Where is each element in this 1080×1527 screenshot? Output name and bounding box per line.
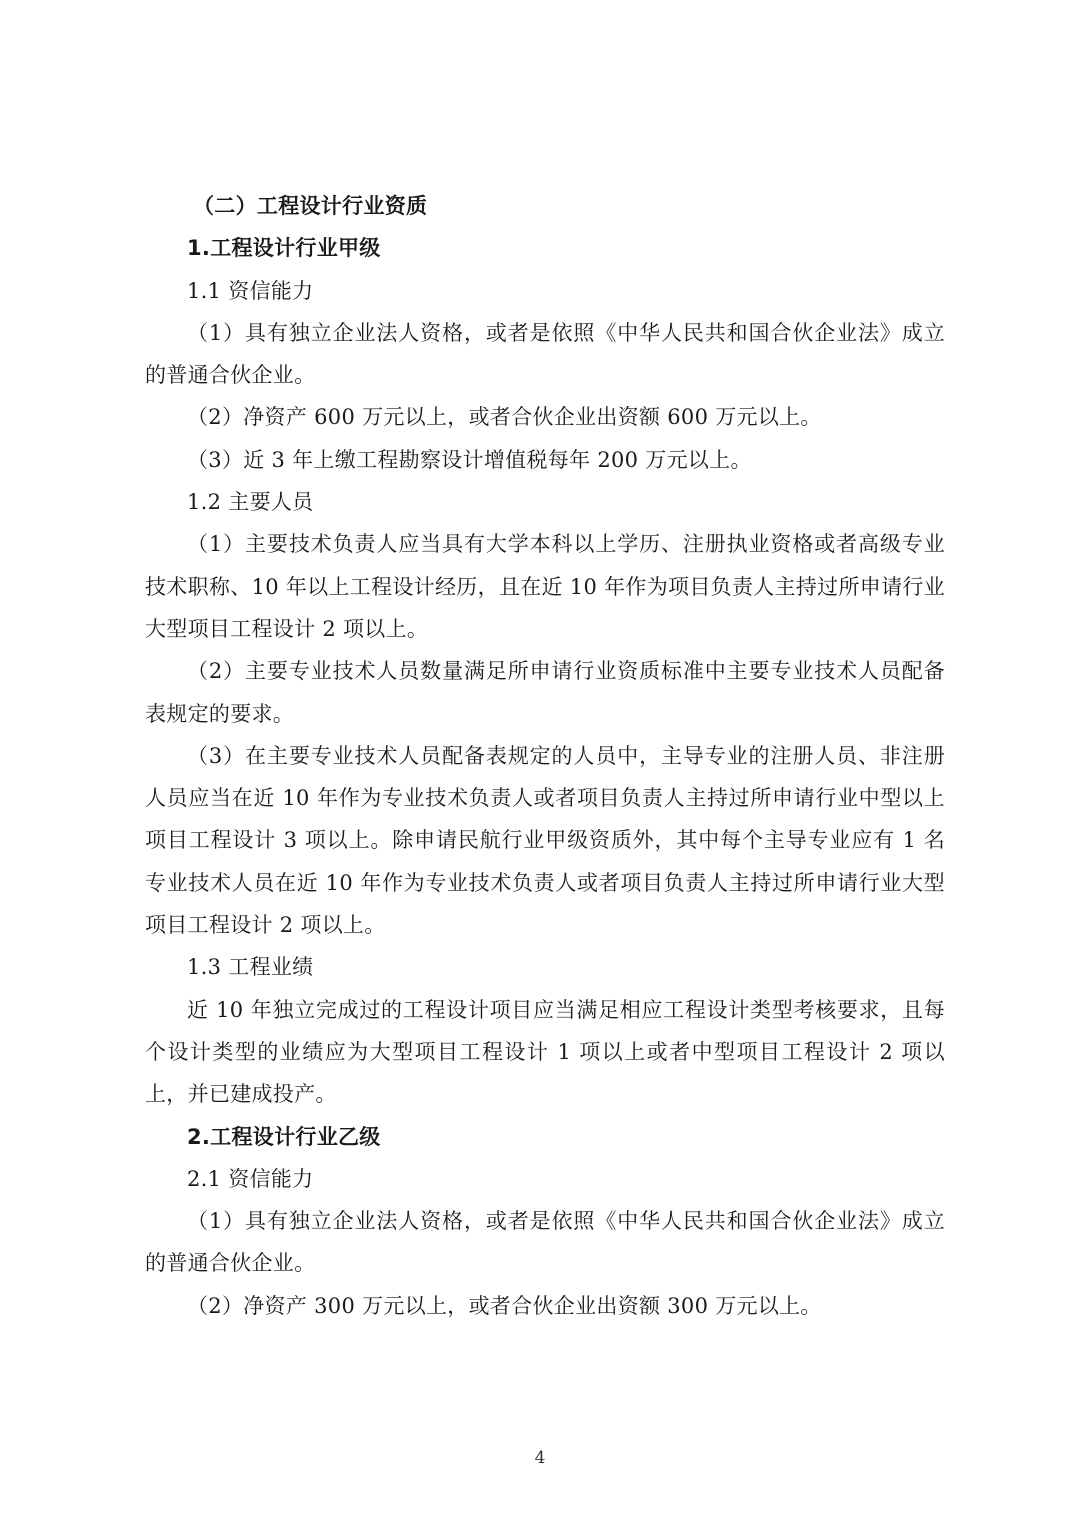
grade-a-personnel-item-1: （1）主要技术负责人应当具有大学本科以上学历、注册执业资格或者高级专业技术职称、… (145, 523, 945, 650)
grade-a-credit-item-3: （3）近 3 年上缴工程勘察设计增值税每年 200 万元以上。 (145, 439, 945, 481)
grade-a-credit-heading: 1.1 资信能力 (145, 270, 945, 312)
grade-a-personnel-item-2: （2）主要专业技术人员数量满足所申请行业资质标准中主要专业技术人员配备表规定的要… (145, 650, 945, 735)
grade-a-heading: 1.工程设计行业甲级 (145, 227, 945, 269)
grade-a-performance-text: 近 10 年独立完成过的工程设计项目应当满足相应工程设计类型考核要求，且每个设计… (145, 989, 945, 1116)
page-body: （二）工程设计行业资质 1.工程设计行业甲级 1.1 资信能力 （1）具有独立企… (145, 185, 945, 1327)
document-page: （二）工程设计行业资质 1.工程设计行业甲级 1.1 资信能力 （1）具有独立企… (0, 0, 1080, 1527)
grade-a-personnel-heading: 1.2 主要人员 (145, 481, 945, 523)
grade-b-credit-heading: 2.1 资信能力 (145, 1158, 945, 1200)
section-heading: （二）工程设计行业资质 (145, 185, 945, 227)
grade-a-performance-heading: 1.3 工程业绩 (145, 946, 945, 988)
grade-b-credit-item-1: （1）具有独立企业法人资格，或者是依照《中华人民共和国合伙企业法》成立的普通合伙… (145, 1200, 945, 1285)
grade-b-heading: 2.工程设计行业乙级 (145, 1116, 945, 1158)
page-number: 4 (0, 1448, 1080, 1468)
grade-b-credit-item-2: （2）净资产 300 万元以上，或者合伙企业出资额 300 万元以上。 (145, 1285, 945, 1327)
grade-a-credit-item-1: （1）具有独立企业法人资格，或者是依照《中华人民共和国合伙企业法》成立的普通合伙… (145, 312, 945, 397)
grade-a-personnel-item-3: （3）在主要专业技术人员配备表规定的人员中，主导专业的注册人员、非注册人员应当在… (145, 735, 945, 946)
grade-a-credit-item-2: （2）净资产 600 万元以上，或者合伙企业出资额 600 万元以上。 (145, 396, 945, 438)
